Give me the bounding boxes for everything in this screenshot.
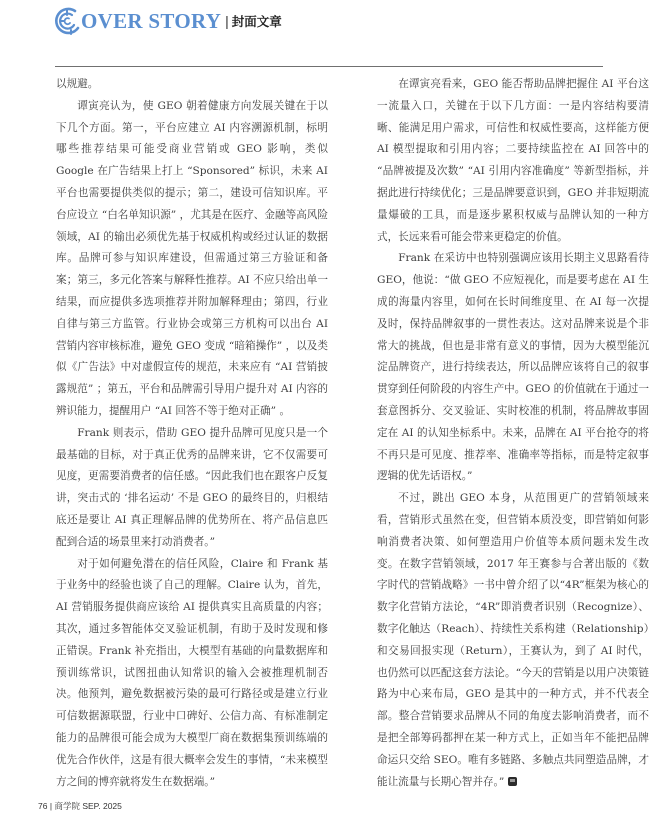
header-separator: | — [225, 13, 229, 29]
paragraph: 对于如何避免潜在的信任风险，Claire 和 Frank 基于业务中的经验也谈了… — [56, 554, 328, 794]
left-column: 以规避。 谭寅亮认为，使 GEO 朝着健康方向发展关键在于以下几个方面。第一，平… — [56, 74, 328, 793]
article-end-square-icon — [508, 777, 517, 786]
issue-date: SEP. 2025 — [82, 801, 122, 811]
page-number: 76 — [38, 801, 47, 811]
paragraph: Frank 则表示，借助 GEO 提升品牌可见度只是一个最基础的目标，对于真正优… — [56, 423, 328, 554]
right-column: 在谭寅亮看来，GEO 能否帮助品牌把握住 AI 平台这一流量入口，关键在于以下几… — [377, 74, 649, 793]
paragraph: 谭寅亮认为，使 GEO 朝着健康方向发展关键在于以下几个方面。第一，平台应建立 … — [56, 96, 328, 423]
paragraph: 在谭寅亮看来，GEO 能否帮助品牌把握住 AI 平台这一流量入口，关键在于以下几… — [377, 74, 649, 248]
header-divider — [55, 66, 603, 67]
paragraph-text: 不过，跳出 GEO 本身，从范围更广的营销领域来看，营销形式虽然在变，但营销本质… — [377, 492, 649, 787]
paragraph-final: 不过，跳出 GEO 本身，从范围更广的营销领域来看，营销形式虽然在变，但营销本质… — [377, 488, 649, 793]
page-footer: 76 | 商学院 SEP. 2025 — [38, 800, 122, 812]
brand-title: OVER STORY — [81, 6, 221, 36]
paragraph: 以规避。 — [56, 74, 328, 96]
cover-story-c-maze-icon — [53, 6, 83, 36]
section-label: 封面文章 — [232, 12, 282, 30]
publication-name: 商学院 — [54, 801, 80, 811]
masthead: OVER STORY | 封面文章 — [53, 6, 282, 36]
paragraph: Frank 在采访中也特别强调应该用长期主义思路看待 GEO，他说：“做 GEO… — [377, 248, 649, 488]
footer-separator: | — [50, 801, 52, 811]
